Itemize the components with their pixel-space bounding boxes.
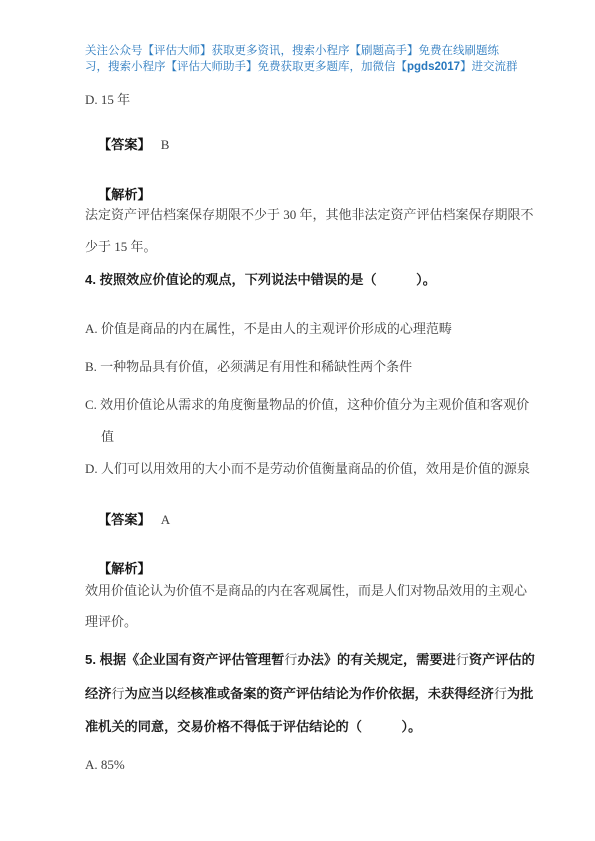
q4-analysis-label: 【解析】 bbox=[98, 561, 151, 576]
q5-stem-line-2: 经济行为应当以经核准或备案的资产评估结论为作价依据，未获得经济行为批 bbox=[85, 686, 533, 701]
q4-analysis-line-1: 效用价值论认为价值不是商品的内在客观属性，而是人们对物品效用的主观心 bbox=[85, 583, 527, 598]
q5-stem-line-1: 5. 根据《企业国有资产评估管理暂行办法》的有关规定，需要进行资产评估的 bbox=[85, 652, 535, 667]
q5-option-a: A. 85% bbox=[85, 757, 125, 772]
header-note-line-2: 习，搜索小程序【评估大师助手】免费获取更多题库，加微信【pgds2017】进交流… bbox=[85, 59, 518, 75]
header-note-line-1: 关注公众号【评估大师】获取更多资讯，搜索小程序【刷题高手】免费在线刷题练 bbox=[85, 43, 499, 59]
q4-option-c-line-1: C. 效用价值论从需求的角度衡量物品的价值，这种价值分为主观价值和客观价 bbox=[85, 397, 529, 412]
q3-analysis-line-2: 少于 15 年。 bbox=[85, 239, 157, 254]
q4-analysis-line-2: 理评价。 bbox=[85, 614, 137, 629]
q4-answer-value: A bbox=[161, 512, 170, 527]
q3-analysis-label: 【解析】 bbox=[98, 187, 151, 202]
q4-answer-label: 【答案】 bbox=[98, 512, 151, 527]
q4-option-c-line-2: 值 bbox=[101, 429, 114, 444]
q4-option-a: A. 价值是商品的内在属性，不是由人的主观评价形成的心理范畴 bbox=[85, 321, 452, 336]
q3-answer-value: B bbox=[161, 137, 170, 152]
q4-stem: 4. 按照效应价值论的观点，下列说法中错误的是（ ）。 bbox=[85, 272, 436, 287]
q4-option-d: D. 人们可以用效用的大小而不是劳动价值衡量商品的价值，效用是价值的源泉 bbox=[85, 461, 530, 476]
document-page: 关注公众号【评估大师】获取更多资讯，搜索小程序【刷题高手】免费在线刷题练 习，搜… bbox=[0, 0, 595, 841]
q3-option-d: D. 15 年 bbox=[85, 92, 130, 107]
q5-stem-line-3: 准机关的同意，交易价格不得低于评估结论的（ ）。 bbox=[85, 719, 421, 734]
q4-answer-line: 【答案】A bbox=[85, 497, 170, 542]
q4-option-b: B. 一种物品具有价值，必须满足有用性和稀缺性两个条件 bbox=[85, 359, 412, 374]
q3-answer-label: 【答案】 bbox=[98, 137, 151, 152]
q3-analysis-line-1: 法定资产评估档案保存期限不少于 30 年，其他非法定资产评估档案保存期限不 bbox=[85, 207, 534, 222]
q3-answer-line: 【答案】B bbox=[85, 122, 169, 167]
